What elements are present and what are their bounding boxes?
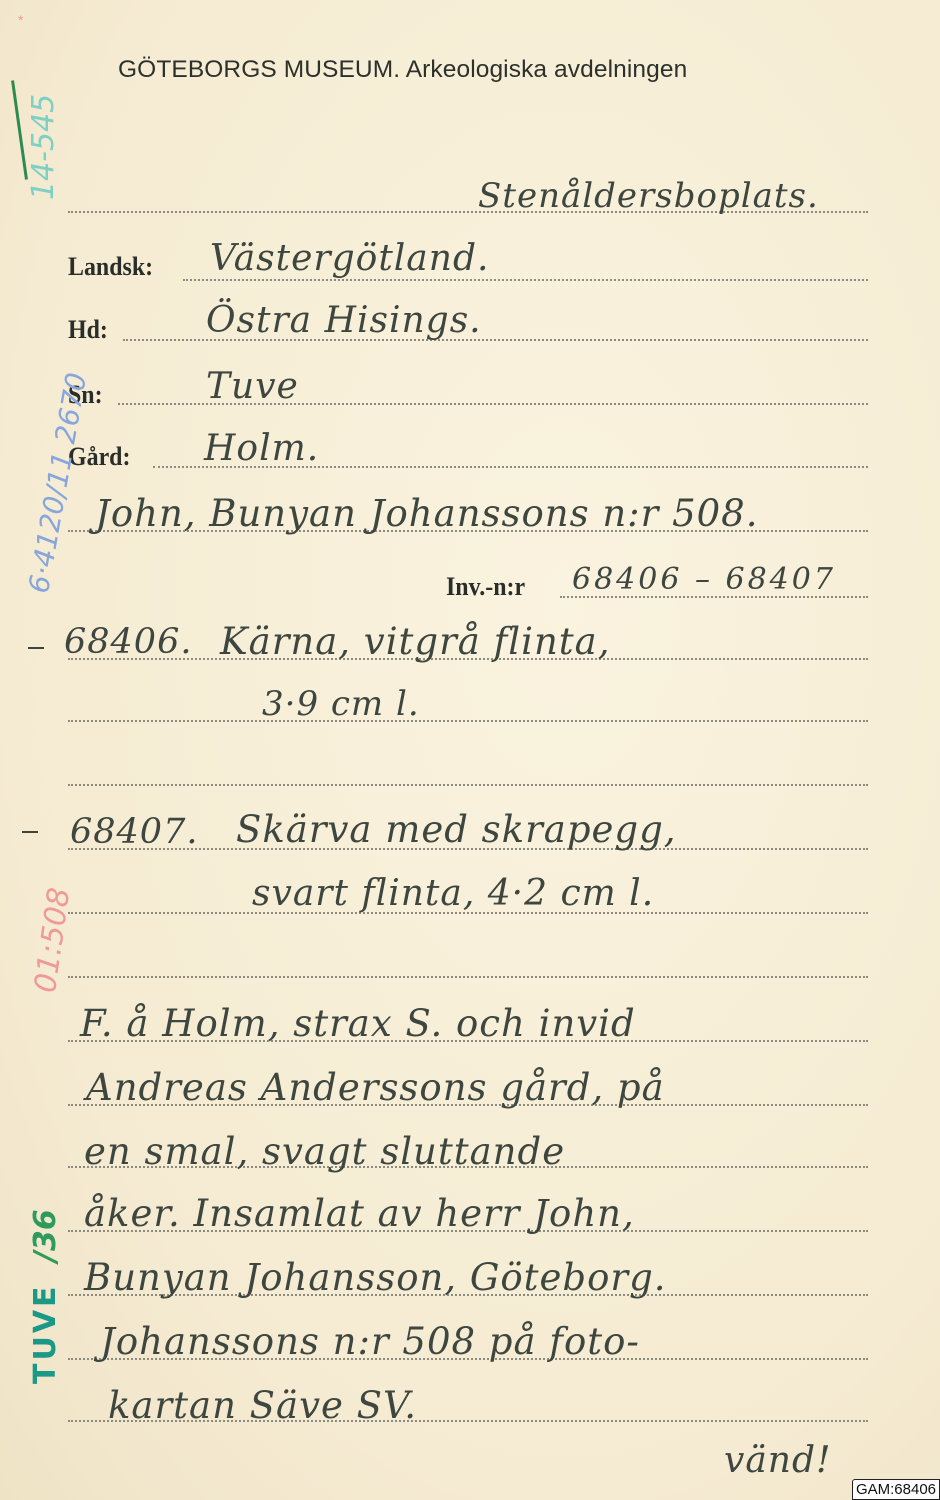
inventory-value: 68406 – 68407 xyxy=(572,562,836,597)
find-desc-line-5: Bunyan Johansson, Göteborg. xyxy=(84,1256,667,1299)
field-value-landsk: Västergötland. xyxy=(210,238,489,279)
margin-note-tuve: TUVE xyxy=(28,1283,63,1384)
field-value-hd: Östra Hisings. xyxy=(206,300,482,341)
item-desc-68407-line1: Skärva med skrapegg, xyxy=(236,808,677,851)
find-desc-line-3: en smal, svagt sluttande xyxy=(84,1130,565,1173)
find-desc-line-4: åker. Insamlat av herr John, xyxy=(84,1192,635,1235)
margin-note-red: 01:508 xyxy=(28,885,77,994)
margin-note-blue: 6·4120/11 2670 xyxy=(22,370,93,596)
field-label-hd: Hd: xyxy=(68,315,108,345)
dotted-rule xyxy=(68,784,868,786)
star-mark: * xyxy=(18,12,23,28)
item-desc-68407-line2: svart flinta, 4·2 cm l. xyxy=(252,873,654,914)
owner-line: John, Bunyan Johanssons n:r 508. xyxy=(95,492,758,535)
find-desc-line-1: F. å Holm, strax S. och invid xyxy=(80,1002,636,1045)
dotted-rule xyxy=(68,976,868,978)
item-desc-68406-line2: 3·9 cm l. xyxy=(262,684,420,724)
card-header: GÖTEBORGS MUSEUM. Arkeologiska avdelning… xyxy=(118,56,687,84)
field-label-landsk: Landsk: xyxy=(68,252,153,282)
find-desc-line-6: Johanssons n:r 508 på foto- xyxy=(100,1320,640,1363)
dotted-rule xyxy=(183,279,868,281)
find-desc-line-2: Andreas Anderssons gård, på xyxy=(86,1066,665,1109)
turn-note: vänd! xyxy=(724,1440,832,1481)
site-type: Stenåldersboplats. xyxy=(478,176,819,216)
margin-note-green: /36 xyxy=(28,1209,63,1262)
archive-id-stamp: GAM:68406 xyxy=(852,1479,940,1500)
inventory-label: Inv.-n:r xyxy=(446,572,525,602)
item-number-68406: 68406. xyxy=(64,622,192,662)
margin-note-teal: 14-545 xyxy=(26,94,61,200)
item-number-68407: 68407. xyxy=(70,812,198,852)
catalog-card: GÖTEBORGS MUSEUM. Arkeologiska avdelning… xyxy=(0,0,940,1500)
department-name: Arkeologiska avdelningen xyxy=(406,56,688,83)
field-value-sn: Tuve xyxy=(206,366,299,407)
institution-name: GÖTEBORGS MUSEUM. xyxy=(118,56,400,83)
find-desc-line-7: kartan Säve SV. xyxy=(108,1384,417,1427)
field-value-gard: Holm. xyxy=(204,428,319,469)
item-desc-68406-line1: Kärna, vitgrå flinta, xyxy=(220,620,610,663)
dotted-rule xyxy=(68,720,868,722)
dash-mark xyxy=(28,647,44,649)
dash-mark xyxy=(22,831,38,833)
